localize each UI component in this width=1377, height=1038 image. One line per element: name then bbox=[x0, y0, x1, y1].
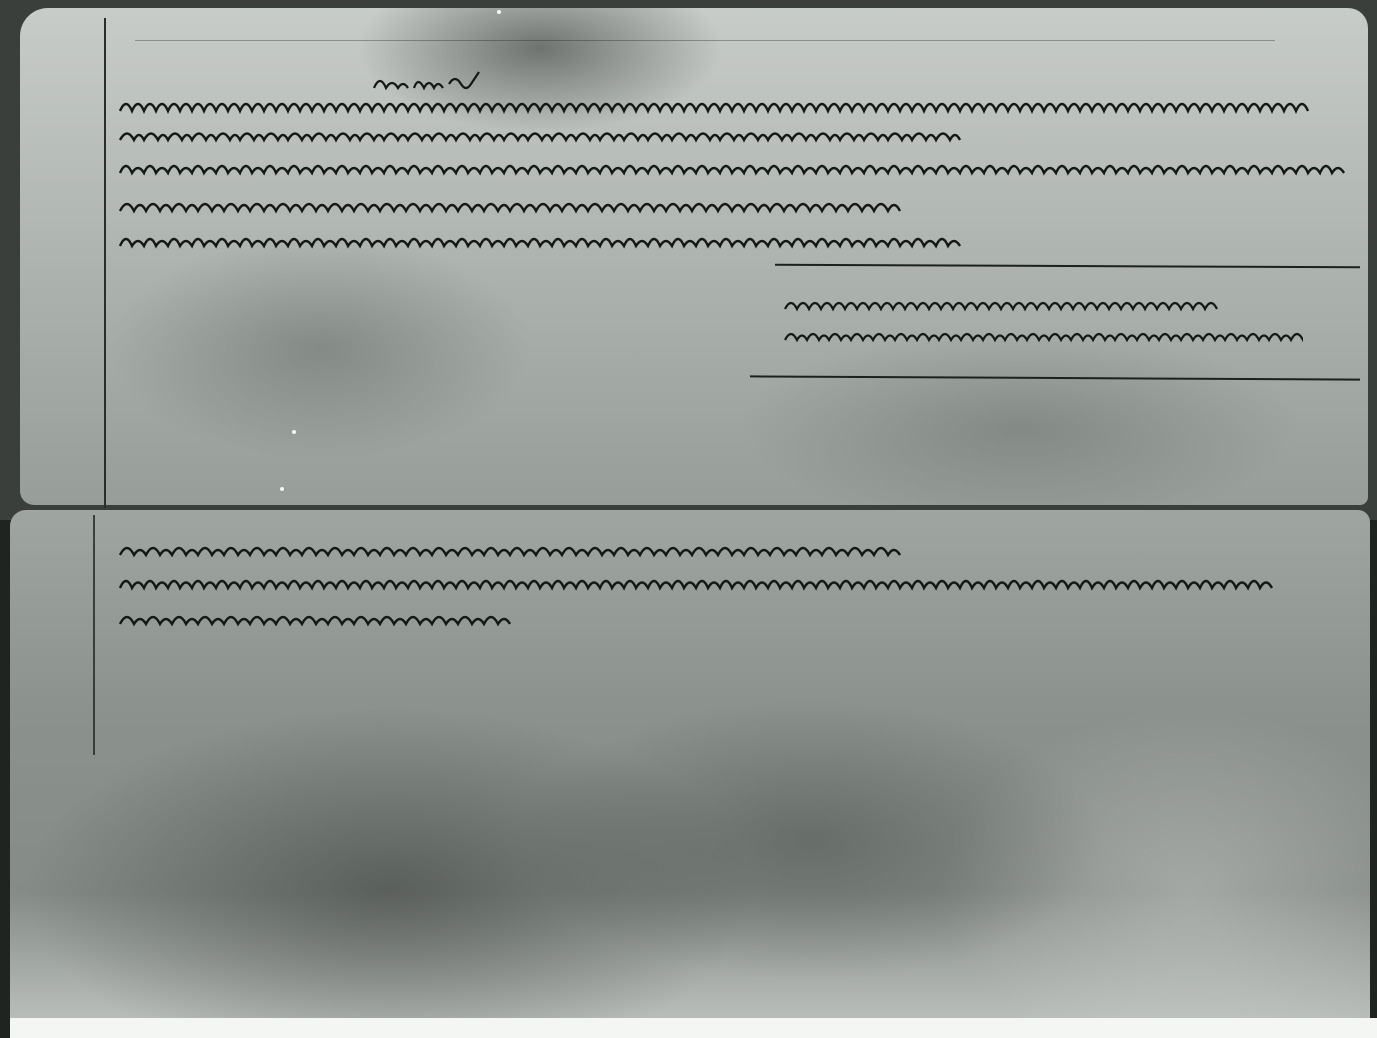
paper-speck bbox=[497, 10, 501, 14]
upper-text-line-4: မျာသဉ်။ အလေး ကြေးမြို့ ရာတူး အလိုင်း။ အမ… bbox=[118, 193, 1338, 219]
left-margin-rule-lower bbox=[93, 515, 95, 755]
paper-speck bbox=[280, 487, 284, 491]
faint-ruling-line bbox=[135, 40, 1275, 41]
upper-text-line-3: ပန်းတိုင်။ ခလေသံတော် ပဉ္စမ ၁၁ ဆယ် ဂုဏ်နာ… bbox=[118, 155, 1358, 181]
upper-text-line-1: ဝန်ကြီး အတွင်ဝန်။ ဝင်းမှူး။ မြို့ဝန်။ ဝန… bbox=[118, 93, 1338, 119]
annotation-line-2: နှာ။ ခ်တော်နေ မျိုးစည်သူ ကျော်။ မြန် ဘယ်… bbox=[783, 322, 1303, 348]
upper-text-line-5 bbox=[118, 228, 978, 254]
left-margin-rule bbox=[104, 18, 106, 508]
lower-text-line-2: အရပ်အမှုတော် ဆီယ်ခေါင်း တိုမှူးစရိုး။ လက… bbox=[118, 570, 1358, 596]
paper-speck bbox=[292, 430, 296, 434]
annotation-line-1: ၁၂၄၀ တော်သလင်းလပြည့်ကျော် ၁၃ ရက် bbox=[783, 291, 1303, 317]
photo-bottom-edge bbox=[10, 1018, 1377, 1038]
upper-text-line-2: မှုစရိတ်။ ချုပ်တော် ဆက်တော်။ စုရေး စုနို… bbox=[118, 122, 1358, 148]
lower-text-line-1: ဘယ်မိန့်တော်အတိုင်း။ ၄ မြို့ တော်မှူး ပမ… bbox=[118, 537, 1358, 563]
manuscript-upper-leaf bbox=[20, 8, 1368, 505]
lower-text-line-3: ခိုည်နှံ့ဆိုယ်ပြီး။ ခင် အိုမြို့ သွယ်း က… bbox=[118, 606, 678, 632]
